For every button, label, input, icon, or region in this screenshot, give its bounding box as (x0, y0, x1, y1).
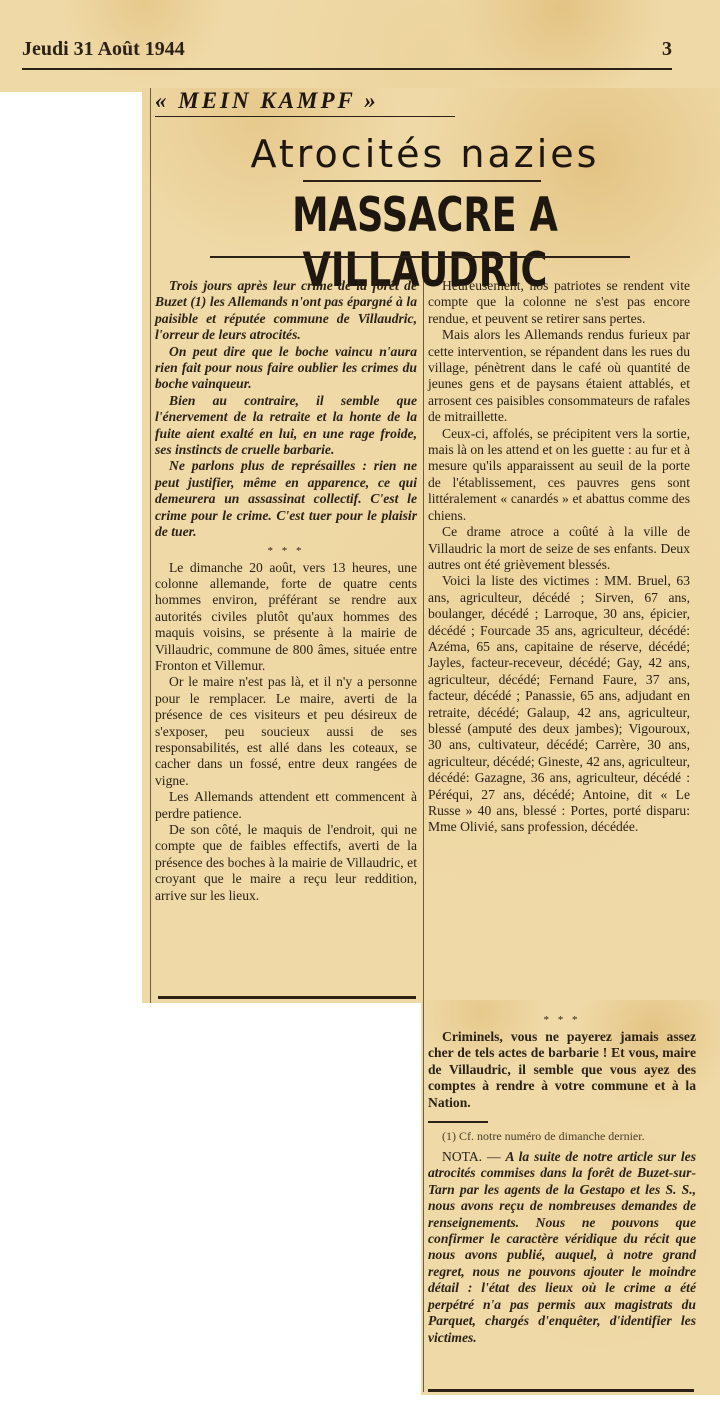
footnote-rule (428, 1121, 488, 1123)
conclusion-paragraph: Criminels, vous ne payerez jamais assez … (428, 1029, 696, 1111)
body-paragraph: De son côté, le maquis de l'endroit, qui… (155, 822, 417, 904)
intro-paragraph: On peut dire que le boche vaincu n'aura … (155, 344, 417, 393)
headline-rule (210, 256, 630, 258)
page-number: 3 (662, 38, 672, 61)
article-end-rule (428, 1389, 694, 1392)
column-right-continued: * * * Criminels, vous ne payerez jamais … (428, 1010, 696, 1346)
body-paragraph: Mais alors les Allemands rendus furieux … (428, 327, 690, 425)
body-paragraph: Ceux-ci, affolés, se précipitent vers la… (428, 426, 690, 524)
masthead: Jeudi 31 Août 1944 3 (22, 36, 672, 70)
body-paragraph: Heureusement, nos patriotes se rendent v… (428, 278, 690, 327)
title-rule (303, 180, 541, 182)
body-paragraph: Ce drame atroce a coûté à la ville de Vi… (428, 524, 690, 573)
column-end-rule (158, 996, 416, 999)
column-rule-middle (423, 272, 424, 1392)
column-rule-left (150, 88, 151, 1003)
intro-paragraph: Ne parlons plus de représailles : rien n… (155, 458, 417, 540)
intro-paragraph: Trois jours après leur crime de la forêt… (155, 278, 417, 344)
intro-paragraph: Bien au contraire, il semble que l'énerv… (155, 393, 417, 459)
article-title: Atrocités nazies (150, 132, 700, 176)
body-paragraph: Or le maire n'est pas là, et il n'y a pe… (155, 674, 417, 789)
section-separator: * * * (428, 1016, 696, 1025)
body-paragraph: Le dimanche 20 août, vers 13 heures, une… (155, 560, 417, 675)
nota-text: A la suite de notre article sur les atro… (428, 1149, 696, 1344)
column-right: Heureusement, nos patriotes se rendent v… (428, 278, 690, 836)
issue-date: Jeudi 31 Août 1944 (22, 38, 185, 61)
article-kicker: « MEIN KAMPF » (155, 88, 455, 117)
nota-paragraph: NOTA. — A la suite de notre article sur … (428, 1149, 696, 1346)
victims-list: Voici la liste des victimes : MM. Bruel,… (428, 573, 690, 836)
body-paragraph: Les Allemands attendent ett commencent à… (155, 789, 417, 822)
footnote: (1) Cf. notre numéro de dimanche dernier… (428, 1129, 696, 1143)
section-separator: * * * (155, 547, 417, 556)
nota-label: NOTA. — (442, 1149, 501, 1164)
column-left: Trois jours après leur crime de la forêt… (155, 278, 417, 904)
